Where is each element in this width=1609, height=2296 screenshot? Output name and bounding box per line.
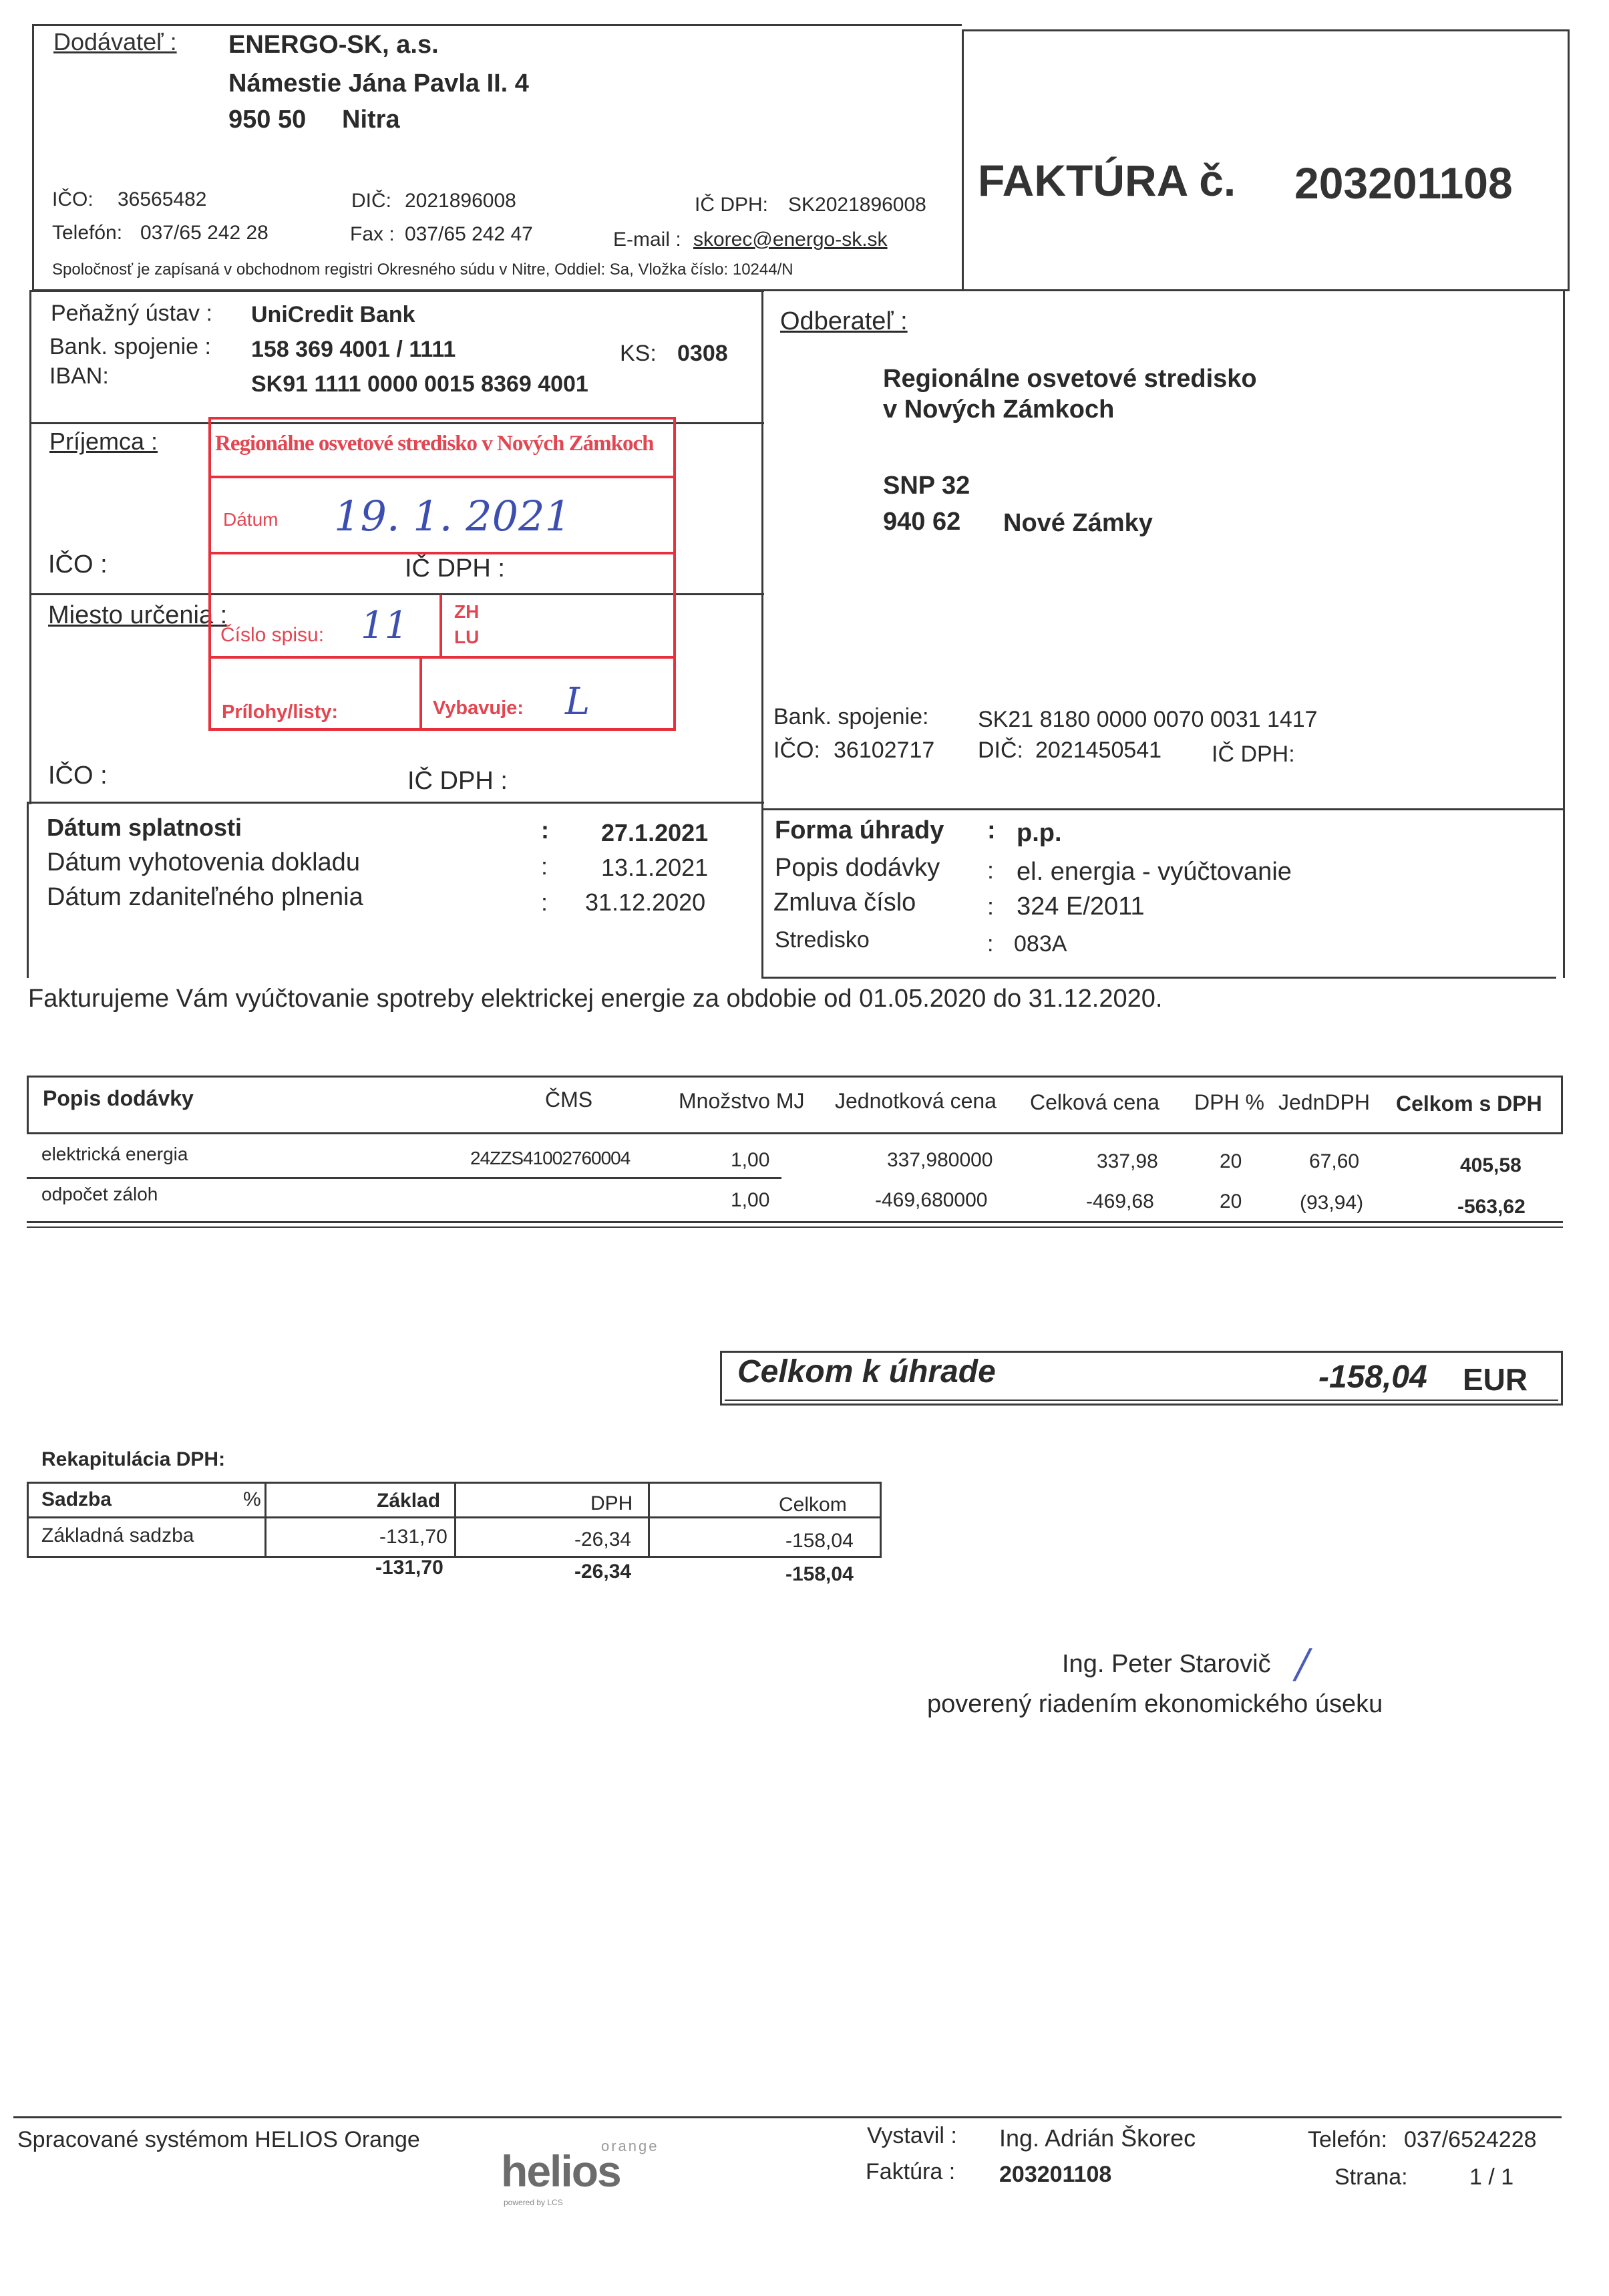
stamp-date-value: 19. 1. 2021 [334, 492, 571, 540]
stamp-code-2: LU [454, 627, 479, 648]
supplier-name: ENERGO-SK, a.s. [228, 31, 439, 59]
vat-recap-header-base: Základ [377, 1490, 440, 1512]
bank-institution-label: Peňažný ústav : [51, 301, 212, 327]
supplier-phone: 037/65 242 28 [140, 222, 269, 244]
supplier-fax-label: Fax : [350, 223, 395, 246]
helios-logo: orange helios powered by LCS [501, 2138, 648, 2211]
due-date-label: Dátum splatnosti [47, 814, 242, 842]
item-row-1-cms: 24ZZS41002760004 [470, 1148, 630, 1169]
signature-mark: / [1296, 1641, 1309, 1687]
destination-label: Miesto určenia : [48, 601, 227, 630]
vat-recap-header-vat: DPH [590, 1492, 633, 1515]
payment-form-sep: : [987, 816, 996, 845]
vat-recap-header-total: Celkom [779, 1494, 847, 1516]
customer-city: Nové Zámky [1003, 509, 1153, 538]
item-row-1-unit-price: 337,980000 [887, 1149, 993, 1172]
item-row-1-vat-pct: 20 [1220, 1150, 1242, 1173]
payment-form: p.p. [1017, 819, 1062, 848]
taxable-date-label: Dátum zdaniteľného plnenia [47, 883, 363, 912]
payment-desc-label: Popis dodávky [775, 854, 940, 882]
destination-icdph-label: IČ DPH : [407, 767, 508, 796]
center-sep: : [987, 931, 993, 957]
vat-recap-sum-total: -158,04 [785, 1563, 854, 1586]
customer-icdph-label: IČ DPH: [1212, 742, 1295, 768]
vat-recap-col-divider [264, 1482, 266, 1558]
customer-name-1: Regionálne osvetové stredisko [883, 365, 1257, 393]
supplier-ico: 36565482 [118, 188, 206, 211]
left-column-top-border [29, 290, 764, 292]
footer-phone-label: Telefón: [1308, 2127, 1387, 2153]
supplier-street: Námestie Jána Pavla II. 4 [228, 69, 529, 98]
supplier-email-link[interactable]: skorec@energo-sk.sk [693, 228, 888, 251]
supplier-dic-label: DIČ: [351, 190, 391, 212]
stamp-divider [208, 552, 676, 554]
footer-page-label: Strana: [1334, 2164, 1408, 2190]
vat-recap-row-total: -158,04 [785, 1530, 854, 1552]
supplier-registry-note: Spoločnosť je zapísaná v obchodnom regis… [52, 261, 793, 279]
bank-institution: UniCredit Bank [251, 302, 415, 328]
helios-logo-word: helios [501, 2146, 620, 2196]
bank-account-label: Bank. spojenie : [49, 334, 211, 360]
stamp-divider [208, 476, 676, 478]
contract-number: 324 E/2011 [1017, 892, 1145, 921]
issued-date-sep: : [541, 852, 548, 880]
stamp-handled-value: L [565, 680, 590, 723]
item-row-1-quantity: 1,00 [731, 1149, 769, 1172]
billing-intro: Fakturujeme Vám vyúčtovanie spotreby ele… [28, 985, 1162, 1013]
item-row-1-total-vat: 405,58 [1460, 1154, 1522, 1177]
supplier-ico-label: IČO: [52, 188, 94, 211]
vat-recap-sum-vat: -26,34 [574, 1561, 631, 1583]
item-row-1-vat: 67,60 [1309, 1150, 1359, 1173]
stamp-attachments-label: Prílohy/listy: [222, 701, 338, 723]
issued-date: 13.1.2021 [601, 854, 708, 882]
issued-date-label: Dátum vyhotovenia dokladu [47, 848, 360, 877]
vat-recap-row-base: -131,70 [379, 1526, 448, 1548]
item-row-2-vat-pct: 20 [1220, 1190, 1242, 1213]
recipient-label: Príjemca : [49, 428, 158, 456]
bank-ks-label: KS: [620, 341, 657, 367]
item-row-1-description: elektrická energia [41, 1144, 188, 1165]
recipient-ico-label: IČO : [48, 550, 108, 579]
supplier-phone-label: Telefón: [52, 222, 122, 244]
items-header-total-vat: Celkom s DPH [1396, 1092, 1542, 1116]
footer-divider [13, 2116, 1562, 2118]
center-code: 083A [1014, 931, 1067, 957]
items-table-bottom-border [27, 1221, 1563, 1223]
stamp-handled-label: Vybavuje: [433, 697, 524, 719]
total-due-currency: EUR [1463, 1361, 1528, 1398]
items-header-unit-price: Jednotková cena [835, 1089, 997, 1114]
footer-page: 1 / 1 [1469, 2164, 1513, 2190]
item-row-2-unit-price: -469,680000 [875, 1189, 988, 1212]
signatory-name: Ing. Peter Starovič [1062, 1650, 1271, 1679]
stamp-divider [419, 656, 422, 731]
dates-top-border [27, 802, 764, 804]
vat-recap-sum-base: -131,70 [375, 1556, 443, 1579]
vat-recap-header-rate: Sadzba [41, 1488, 112, 1511]
taxable-date-sep: : [541, 888, 548, 917]
customer-label: Odberateľ : [780, 307, 908, 336]
total-due-label: Celkom k úhrade [737, 1353, 996, 1390]
bank-iban: SK91 1111 0000 0015 8369 4001 [251, 371, 588, 397]
stamp-divider [439, 595, 442, 656]
customer-name-2: v Nových Zámkoch [883, 395, 1114, 424]
due-date: 27.1.2021 [601, 819, 708, 847]
stamp-divider [208, 656, 676, 659]
bank-ks: 0308 [677, 341, 728, 367]
supplier-email-label: E-mail : [613, 228, 681, 251]
vat-recap-header-percent: % [243, 1488, 261, 1511]
taxable-date: 31.12.2020 [585, 888, 705, 917]
stamp-date-label: Dátum [223, 509, 278, 530]
customer-postal-code: 940 62 [883, 508, 960, 536]
supplier-icdph-label: IČ DPH: [695, 194, 768, 216]
items-header-description: Popis dodávky [43, 1086, 194, 1111]
item-row-2-quantity: 1,00 [731, 1189, 769, 1212]
dates-bottom-border [761, 977, 1556, 979]
helios-logo-powered: powered by LCS [504, 2198, 563, 2207]
payment-desc-sep: : [987, 856, 994, 884]
customer-bottom-border [761, 808, 1565, 810]
vat-recap-col-divider [648, 1482, 650, 1558]
supplier-fax: 037/65 242 47 [405, 223, 533, 246]
stamp-org: Regionálne osvetové stredisko v Nových Z… [215, 432, 653, 456]
vat-recap-col-divider [454, 1482, 456, 1558]
item-row-2-total: -469,68 [1086, 1190, 1154, 1213]
contract-label: Zmluva číslo [773, 888, 916, 917]
payment-form-label: Forma úhrady [775, 816, 944, 845]
bank-account: 158 369 4001 / 1111 [251, 337, 456, 363]
receipt-stamp [208, 417, 676, 731]
supplier-label: Dodávateľ : [53, 28, 177, 56]
bank-iban-label: IBAN: [49, 363, 109, 389]
supplier-box [32, 24, 962, 291]
payment-desc: el. energia - vyúčtovanie [1017, 858, 1292, 886]
vat-recap-row-vat: -26,34 [574, 1528, 631, 1551]
customer-dic: 2021450541 [1035, 737, 1161, 764]
customer-ico-label: IČO: [773, 737, 820, 764]
items-table-bottom-border [27, 1226, 1563, 1228]
invoice-number: 203201108 [1294, 158, 1513, 208]
customer-right-border [1563, 291, 1565, 978]
footer-invoice-label: Faktúra : [866, 2159, 955, 2185]
stamp-file-label: Číslo spisu: [220, 624, 324, 647]
center-label: Stredisko [775, 927, 870, 953]
item-row-2-vat: (93,94) [1300, 1192, 1363, 1214]
footer-phone: 037/6524228 [1404, 2127, 1537, 2153]
supplier-icdph: SK2021896008 [788, 194, 926, 216]
destination-ico-label: IČO : [48, 762, 108, 790]
invoice-title: FAKTÚRA č. [978, 155, 1236, 206]
items-header-vat-pct: DPH % [1194, 1090, 1264, 1115]
vat-recap-row-rate: Základná sadzba [41, 1524, 194, 1547]
footer-issued-by: Ing. Adrián Škorec [999, 2124, 1196, 2152]
footer-issued-by-label: Vystavil : [867, 2123, 957, 2149]
items-header-quantity: Množstvo MJ [679, 1089, 804, 1114]
supplier-city: Nitra [342, 106, 400, 134]
customer-ico: 36102717 [834, 737, 934, 764]
footer-invoice-number: 203201108 [999, 2162, 1111, 2188]
dates-left-border [27, 802, 29, 978]
signatory-role: poverený riadením ekonomického úseku [927, 1690, 1383, 1719]
due-date-sep: : [541, 816, 549, 844]
items-header-vat: JednDPH [1278, 1090, 1370, 1115]
items-header-cms: ČMS [545, 1088, 592, 1112]
customer-bank: SK21 8180 0000 0070 0031 1417 [978, 707, 1318, 733]
customer-bank-label: Bank. spojenie: [773, 704, 929, 730]
item-row-2-total-vat: -563,62 [1457, 1196, 1526, 1218]
vat-recap-title: Rekapitulácia DPH: [41, 1448, 225, 1471]
total-due-amount: -158,04 [1318, 1359, 1427, 1396]
items-header-total: Celková cena [1030, 1090, 1159, 1115]
left-column-left-border [29, 290, 31, 804]
item-row-divider [27, 1177, 781, 1179]
supplier-dic: 2021896008 [405, 190, 516, 212]
footer-system-note: Spracované systémom HELIOS Orange [17, 2127, 420, 2153]
item-row-2-description: odpočet záloh [41, 1184, 158, 1205]
stamp-code-1: ZH [454, 601, 479, 623]
customer-dic-label: DIČ: [978, 737, 1023, 764]
stamp-file-value: 11 [361, 604, 408, 647]
item-row-1-total: 337,98 [1097, 1150, 1158, 1173]
contract-sep: : [987, 892, 994, 921]
customer-street: SNP 32 [883, 472, 970, 500]
supplier-postal-code: 950 50 [228, 106, 306, 134]
center-divider [761, 290, 763, 978]
